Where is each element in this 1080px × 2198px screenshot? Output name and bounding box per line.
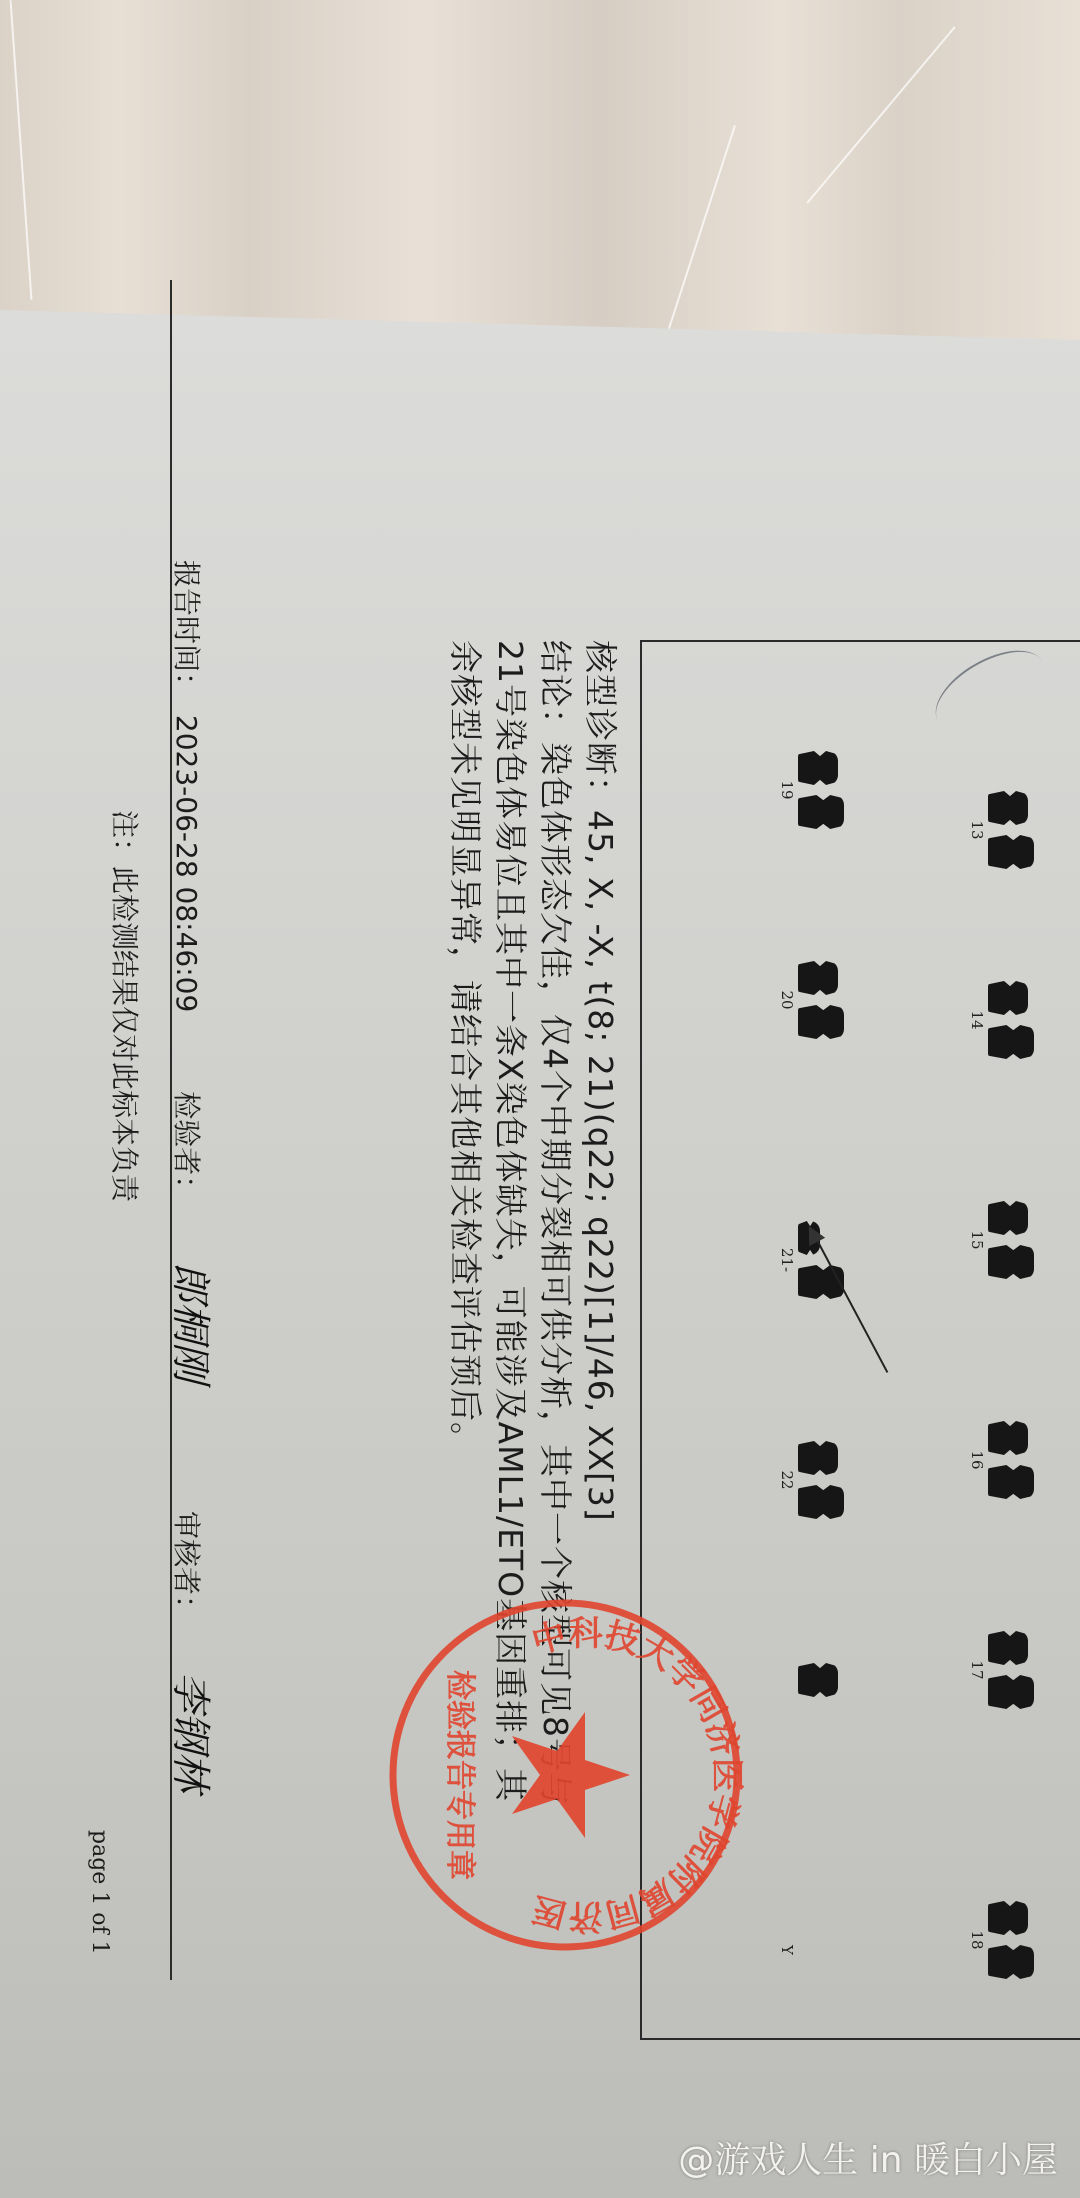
chromosome-label: 16: [968, 1400, 986, 1520]
chromosome-icon: [798, 795, 844, 829]
chromosome-icon: [798, 1441, 838, 1475]
chromosome-pair: 21-: [780, 1200, 850, 1320]
chromosome-icon: [988, 835, 1034, 869]
chromosome-label: 18: [968, 1880, 986, 2000]
chromosome-pair: 14: [970, 960, 1040, 1080]
chromosome-label: 15: [968, 1180, 986, 1300]
report-time-value: 2023-06-28 08:46:09: [170, 715, 203, 1012]
report-time-label: 报告时间：: [168, 560, 208, 700]
reviewer-signature: 李钢林: [165, 1672, 222, 1792]
chromosome-icon: [988, 1631, 1028, 1665]
chromosome-icon: [798, 1005, 844, 1039]
chromosome-icon: [988, 1421, 1028, 1455]
chromosome-icon: [988, 1675, 1034, 1709]
chromosome-label: 14: [968, 960, 986, 1080]
stamp-bottom-text: 检验报告专用章: [442, 1670, 477, 1880]
chromosome-icon: [798, 961, 838, 995]
fabric-seam: [806, 26, 955, 203]
fabric-seam: [10, 0, 33, 299]
chromosome-pair: 19: [780, 730, 850, 850]
chromosome-icon: [988, 1245, 1034, 1279]
hospital-stamp: 华中科技大学同济医学院附属同济医院 检验报告专用章: [380, 1590, 750, 1960]
reviewer-label: 审核者：: [168, 1511, 208, 1623]
chromosome-icon: [798, 1663, 838, 1697]
chromosome-pair: Y: [780, 1890, 850, 2010]
chromosome-label: 22: [778, 1420, 796, 1540]
chromosome-pair: [780, 1620, 850, 1740]
inspector-signature: 郎桐刚: [165, 1262, 222, 1382]
chromosome-icon: [798, 1485, 844, 1519]
footer-divider: [170, 280, 172, 1980]
chromosome-label: 13: [968, 770, 986, 890]
chromosome-icon: [988, 1201, 1028, 1235]
chromosome-icon: [798, 751, 838, 785]
report-footer: 报告时间： 2023-06-28 08:46:09 检验者： 郎桐刚 审核者： …: [165, 560, 222, 1792]
chromosome-label: 21-: [778, 1200, 796, 1320]
page-indicator: page 1 of 1: [87, 1830, 112, 1955]
chromosome-pair: 15: [970, 1180, 1040, 1300]
conclusion-line-3: 余核型未见明显异常，请结合其他相关检查评估预后。: [443, 640, 487, 1456]
chromosome-icon: [988, 1901, 1028, 1935]
karyotype-report: 131415161718 192021-22Y 核型诊断：45, X, -X, …: [0, 300, 1080, 2198]
karyotype-diagnosis: 核型诊断：45, X, -X, t(8; 21)(q22; q22)[1]/46…: [578, 640, 622, 1522]
chromosome-label: 19: [778, 730, 796, 850]
chromosome-label: 20: [778, 940, 796, 1060]
chromosome-icon: [988, 1465, 1034, 1499]
star-icon: [512, 1712, 630, 1838]
chromosome-pair: 18: [970, 1880, 1040, 2000]
watermark: @游戏人生 in 暖白小屋: [678, 2132, 1058, 2183]
chromosome-label: Y: [778, 1890, 796, 2010]
chromosome-icon: [988, 791, 1028, 825]
chromosome-pair: 16: [970, 1400, 1040, 1520]
chromosome-icon: [988, 1945, 1034, 1979]
chromosome-icon: [988, 1025, 1034, 1059]
chromosome-pair: 20: [780, 940, 850, 1060]
inspector-label: 检验者：: [168, 1091, 208, 1203]
fabric-background: [0, 0, 1080, 340]
chromosome-icon: [988, 981, 1028, 1015]
chromosome-icon: [798, 1265, 844, 1299]
disclaimer-note: 注：此检测结果仅对此标本负责: [106, 810, 146, 1202]
chromosome-pair: 13: [970, 770, 1040, 890]
chromosome-label: 17: [968, 1610, 986, 1730]
chromosome-pair: 22: [780, 1420, 850, 1540]
chromosome-pair: 17: [970, 1610, 1040, 1730]
